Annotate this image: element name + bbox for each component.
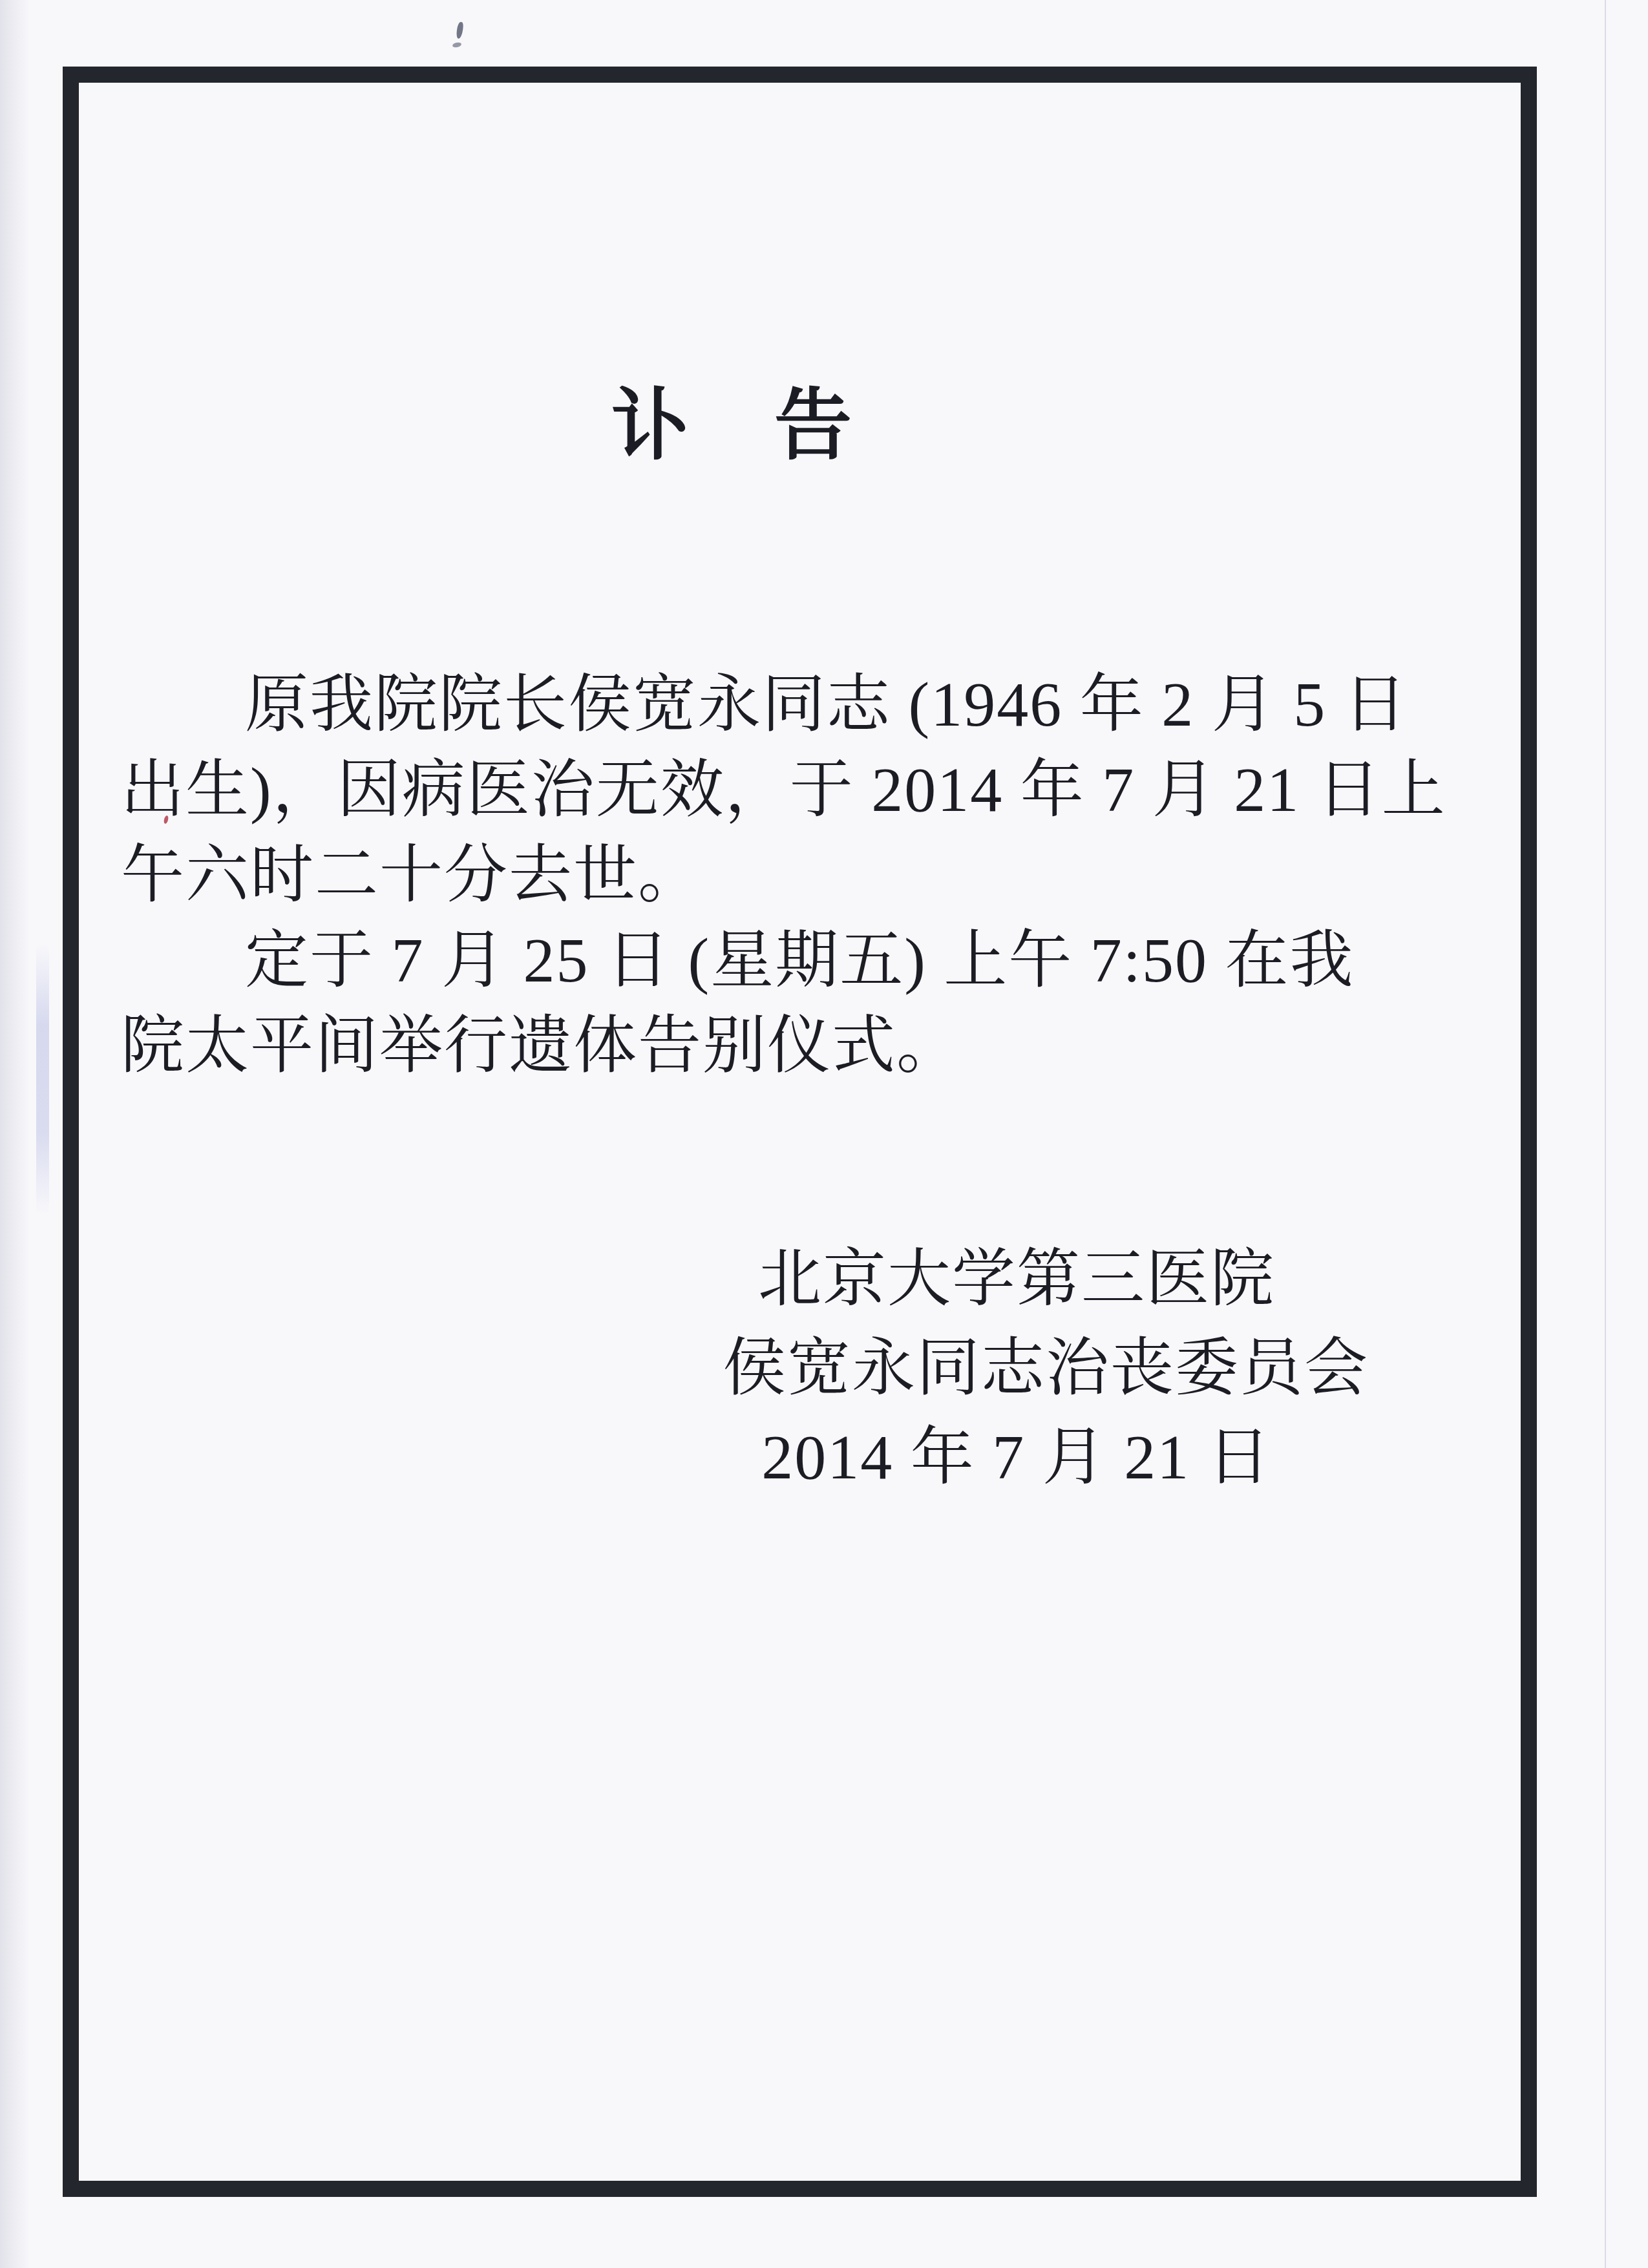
body-line: 院太平间举行遗体告别仪式。 — [121, 1003, 1388, 1089]
ink-speck — [452, 42, 461, 48]
scan-edge-line — [1605, 0, 1606, 2268]
scan-edge-shading — [0, 0, 30, 2268]
page-title: 讣 告 — [0, 388, 1467, 465]
body-line: 定于 7 月 25 日 (星期五) 上午 7:50 在我 — [121, 918, 1388, 1003]
body-line: 出生)，因病医治无效，于 2014 年 7 月 21 日上 — [121, 748, 1388, 833]
ink-speck — [456, 22, 464, 39]
scanned-obituary-page: 讣 告 原我院院长侯宽永同志 (1946 年 2 月 5 日 出生)，因病医治无… — [0, 0, 1648, 2268]
scan-smudge — [36, 943, 49, 1215]
signature-date: 2014 年 7 月 21 日 — [723, 1413, 1311, 1502]
signature-block: 北京大学第三医院 侯宽永同志治丧委员会 2014 年 7 月 21 日 — [723, 1235, 1311, 1502]
signature-organization: 北京大学第三医院 — [723, 1235, 1311, 1324]
obituary-body: 原我院院长侯宽永同志 (1946 年 2 月 5 日 出生)，因病医治无效，于 … — [121, 662, 1388, 1089]
signature-committee: 侯宽永同志治丧委员会 — [723, 1324, 1311, 1413]
body-line: 午六时二十分去世。 — [121, 833, 1388, 918]
body-line: 原我院院长侯宽永同志 (1946 年 2 月 5 日 — [121, 662, 1388, 748]
